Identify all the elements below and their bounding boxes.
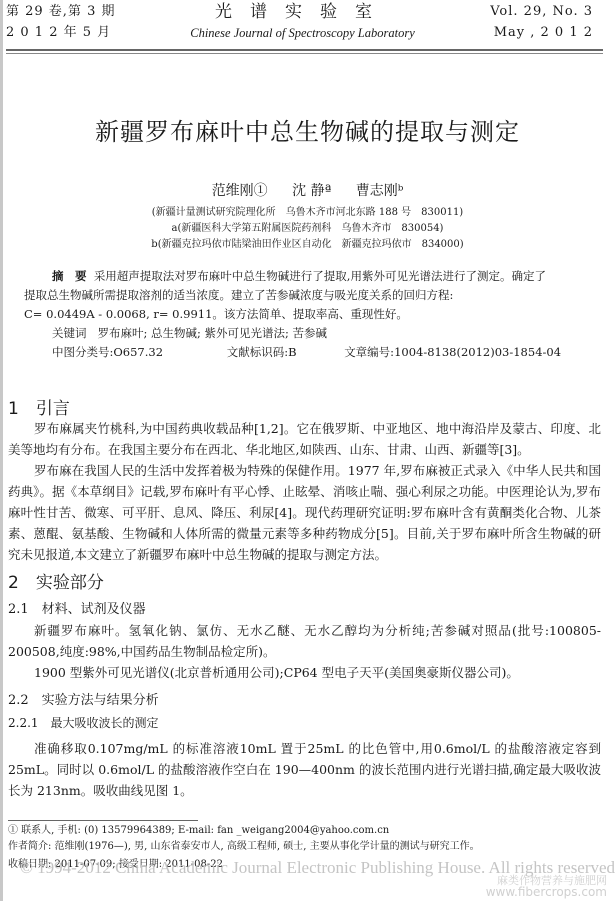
abstract-label: 摘 要: [52, 269, 87, 283]
doc-code: B: [288, 345, 296, 359]
doc-code-label: 文献标识码:: [227, 345, 288, 359]
section-heading-1: 1 引言: [8, 394, 70, 419]
author-list: 范维刚① 沈 静ª 曹志刚ᵇ: [0, 180, 615, 200]
paragraph: 准确移取0.107mg/mL 的标准溶液10mL 置于25mL 的比色管中,用0…: [8, 738, 601, 801]
date-en: May , 2 0 1 2: [494, 23, 593, 43]
paragraph: 罗布麻属夹竹桃科,为中国药典收载品种[1,2]。它在俄罗斯、中亚地区、地中海沿岸…: [8, 418, 601, 460]
subsection-heading-2-2: 2.2 实验方法与结果分析: [8, 689, 159, 708]
paragraph: 新疆罗布麻叶。氢氧化钠、氯仿、无水乙醚、无水乙醇均为分析纯;苦参碱对照品(批号:…: [8, 620, 601, 662]
affiliation: b(新疆克拉玛依市陆梁油田作业区自动化 新疆克拉玛依市 834000): [0, 238, 615, 252]
paper-title: 新疆罗布麻叶中总生物碱的提取与测定: [0, 112, 615, 147]
footnote-author-bio: 作者简介: 范维刚(1976—), 男, 山东省泰安市人, 高级工程师, 硕士,…: [8, 840, 480, 854]
author: 曹志刚ᵇ: [356, 183, 404, 199]
clc-label: 中图分类号:: [52, 345, 113, 359]
abstract-text: 提取总生物碱所需提取溶剂的适当浓度。建立了苦参碱浓度与吸光度关系的回归方程:: [24, 286, 603, 305]
abstract-text: C= 0.0449A - 0.0068, r= 0.9911。该方法简单、提取率…: [24, 305, 603, 324]
subsection-heading-2-2-1: 2.2.1 最大吸收波长的测定: [8, 714, 159, 731]
section-heading-2: 2 实验部分: [8, 568, 104, 593]
keywords-label: 关键词: [52, 326, 87, 340]
article-no-label: 文章编号:: [344, 345, 394, 359]
author: 范维刚①: [212, 183, 268, 199]
abstract: 摘 要 采用超声提取法对罗布麻叶中总生物碱进行了提取,用紫外可见光谱法进行了测定…: [24, 267, 603, 362]
author: 沈 静ª: [292, 183, 331, 199]
footnote-contact: ① 联系人, 手机: (0) 13579964389; E-mail: fan …: [8, 824, 389, 838]
affiliation: (新疆计量测试研究院理化所 乌鲁木齐市河北东路 188 号 830011): [0, 206, 615, 220]
paragraph: 1900 型紫外可见光谱仪(北京普析通用公司);CP64 型电子天平(美国奥豪斯…: [8, 662, 601, 683]
article-no: 1004-8138(2012)03-1854-04: [394, 345, 561, 359]
clc-value: O657.32: [113, 345, 163, 359]
site-watermark-url: www.fibercrops.com: [486, 885, 607, 899]
volume-en: Vol. 29, No. 3: [490, 2, 593, 22]
subsection-heading-2-1: 2.1 材料、试剂及仪器: [8, 598, 146, 617]
affiliation: a(新疆医科大学第五附属医院药剂科 乌鲁木齐市 830054): [0, 222, 615, 236]
running-header: 第 29 卷,第 3 期 光谱实验室 Vol. 29, No. 3 2 0 1 …: [6, 2, 599, 46]
paragraph: 罗布麻在我国人民的生活中发挥着极为特殊的保健作用。1977 年,罗布麻被正式录入…: [8, 460, 601, 565]
keywords: 罗布麻叶; 总生物碱; 紫外可见光谱法; 苦参碱: [97, 326, 327, 340]
footnote-rule: [8, 820, 198, 821]
header-rule: [6, 49, 603, 54]
abstract-text: 采用超声提取法对罗布麻叶中总生物碱进行了提取,用紫外可见光谱法进行了测定。确定了: [94, 269, 546, 283]
